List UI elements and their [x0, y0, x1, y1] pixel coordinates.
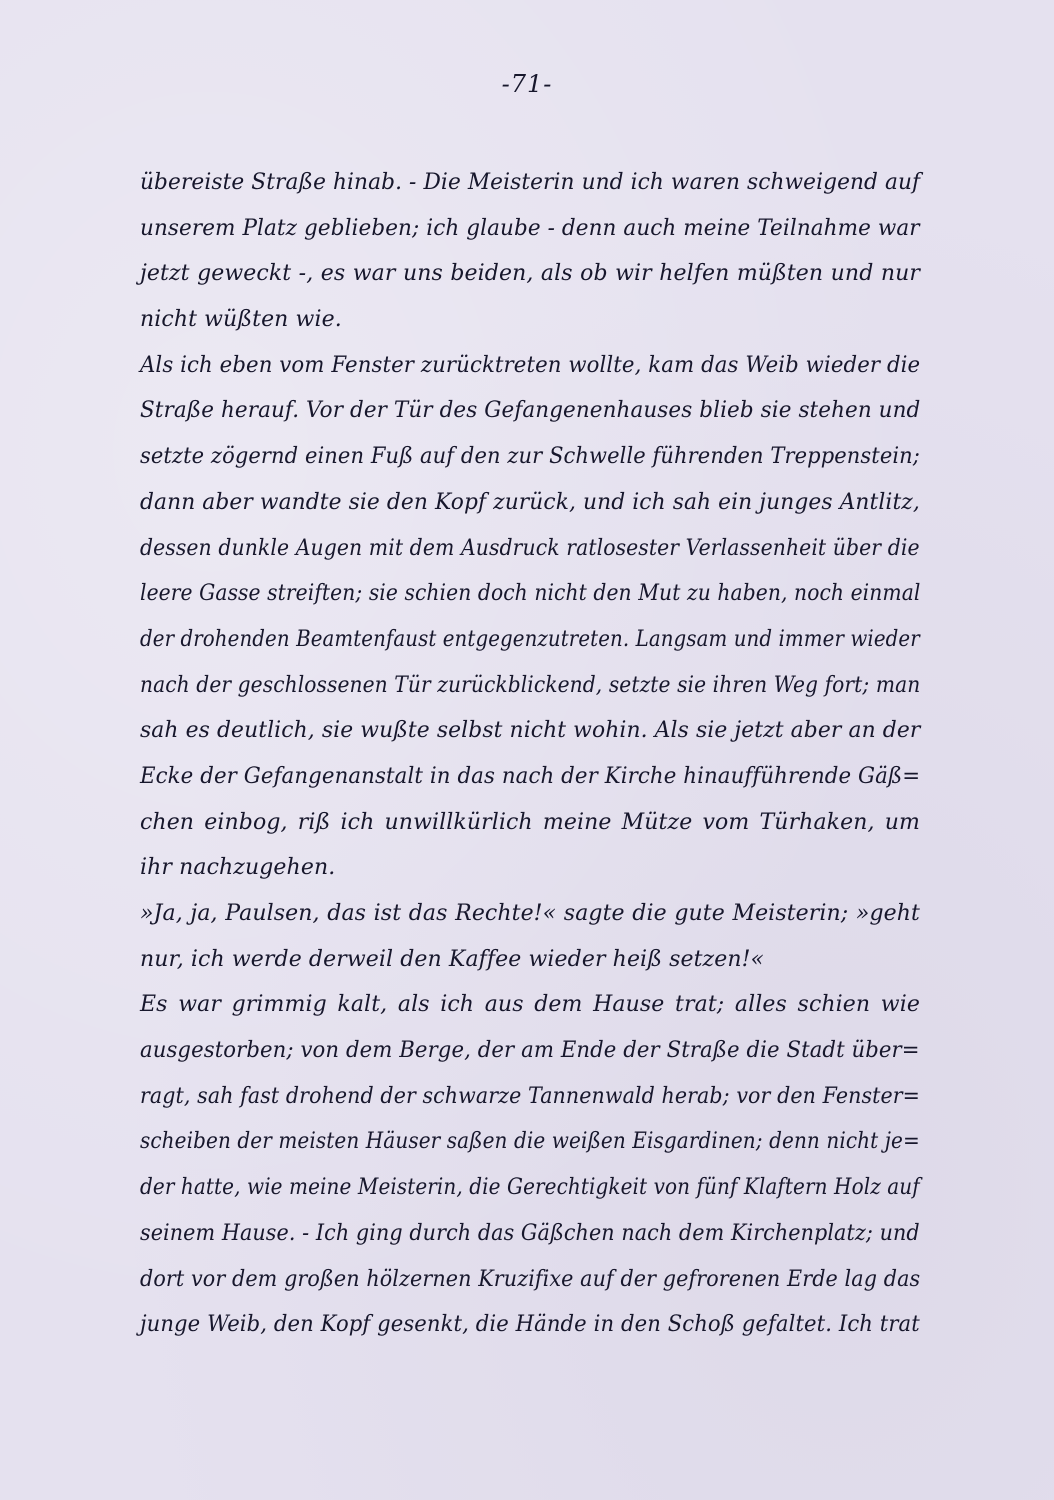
text-line: junge Weib, den Kopf gesenkt, die Hände … [140, 1302, 889, 1348]
text-line: Es war grimmig kalt, als ich aus dem Hau… [140, 982, 920, 1028]
text-line: seinem Hause. - Ich ging durch das Gäßch… [140, 1211, 873, 1257]
text-line: dann aber wandte sie den Kopf zurück, un… [140, 480, 911, 526]
text-line: ragt, sah fast drohend der schwarze Tann… [140, 1074, 869, 1120]
text-line: jetzt geweckt -, es war uns beiden, als … [140, 251, 920, 297]
text-line: dessen dunkle Augen mit dem Ausdruck rat… [140, 526, 863, 572]
text-line: der hatte, wie meine Meisterin, die Gere… [140, 1165, 849, 1211]
text-line: Als ich eben vom Fenster zurücktreten wo… [140, 343, 893, 389]
manuscript-page: -71- übereiste Straße hinab. - Die Meist… [0, 0, 1054, 1500]
text-line: der drohenden Beamtenfaust entgegenzutre… [140, 617, 842, 663]
text-line: leere Gasse streiften; sie schien doch n… [140, 571, 858, 617]
text-line: nicht wüßten wie. [140, 297, 920, 343]
text-line: ihr nachzugehen. [140, 845, 920, 891]
text-line: sah es deutlich, sie wußte selbst nicht … [140, 708, 914, 754]
manuscript-text: übereiste Straße hinab. - Die Meisterin … [140, 160, 920, 1348]
text-line: Ecke der Gefangenanstalt in das nach der… [140, 754, 895, 800]
text-line: scheiben der meisten Häuser saßen die we… [140, 1119, 850, 1165]
text-line: setzte zögernd einen Fuß auf den zur Sch… [140, 434, 885, 480]
text-line: unserem Platz geblieben; ich glaube - de… [140, 206, 902, 252]
page-number: -71- [0, 70, 1054, 98]
text-line: ausgestorben; von dem Berge, der am Ende… [140, 1028, 891, 1074]
text-line: übereiste Straße hinab. - Die Meisterin … [140, 160, 908, 206]
text-line: »Ja, ja, Paulsen, das ist das Rechte!« s… [140, 891, 920, 937]
text-line: Straße herauf. Vor der Tür des Gefangene… [140, 388, 901, 434]
text-line: nur, ich werde derweil den Kaffee wieder… [140, 937, 920, 983]
text-line: dort vor dem großen hölzernen Kruzifixe … [140, 1257, 874, 1303]
text-line: chen einbog, riß ich unwillkürlich meine… [140, 800, 920, 846]
text-line: nach der geschlossenen Tür zurückblicken… [140, 663, 857, 709]
